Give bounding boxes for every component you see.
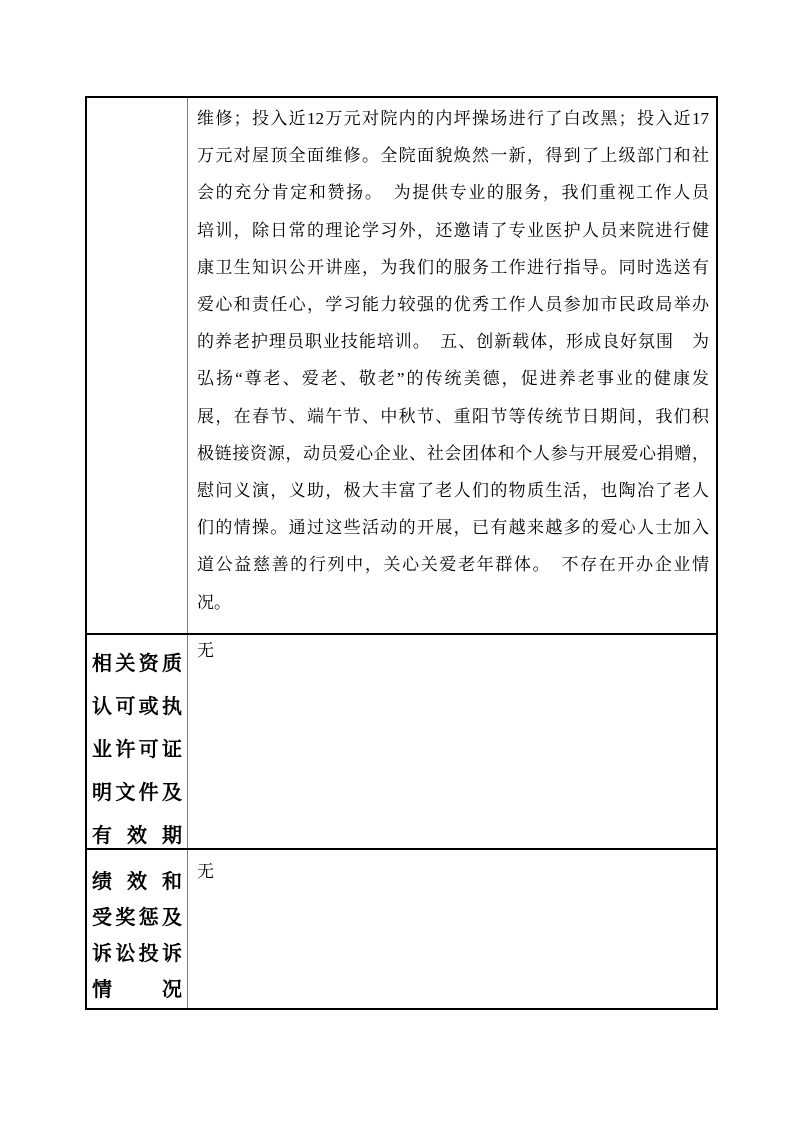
- header-line: 认可或执: [92, 686, 182, 729]
- row3-content-cell: 无: [188, 850, 716, 1008]
- body-line: 万元对屋顶全面维修。全院面貌焕然一新，得到了上级部门和社: [197, 137, 709, 174]
- row3-header-cell: 绩效和 受奖惩及 诉讼投诉 情况: [87, 850, 188, 1008]
- body-line: 培训，除日常的理论学习外，还邀请了专业医护人员来院进行健: [197, 212, 709, 249]
- row2-content-cell: 无: [188, 635, 716, 848]
- header-line: 情况: [92, 972, 182, 1008]
- body-line: 康卫生知识公开讲座，为我们的服务工作进行指导。同时选送有: [197, 249, 709, 286]
- report-table: 维修；投入近12万元对院内的内坪操场进行了白改黑；投入近17 万元对屋顶全面维修…: [85, 96, 718, 1010]
- body-line: 爱心和责任心，学习能力较强的优秀工作人员参加市民政局举办: [197, 286, 709, 323]
- row2-header-cell: 相关资质 认可或执 业许可证 明文件及 有效期: [87, 635, 188, 848]
- header-line: 明文件及: [92, 772, 182, 815]
- body-line: 展，在春节、端午节、中秋节、重阳节等传统节日期间，我们积: [197, 398, 709, 435]
- body-line: 维修；投入近12万元对院内的内坪操场进行了白改黑；投入近17: [197, 100, 709, 137]
- header-line: 相关资质: [92, 643, 182, 686]
- row1-header-cell-empty: [87, 98, 188, 633]
- table-row-performance: 绩效和 受奖惩及 诉讼投诉 情况 无: [87, 848, 716, 1008]
- row2-value: 无: [188, 635, 716, 662]
- header-line: 绩效和: [92, 864, 182, 900]
- header-line: 诉讼投诉: [92, 936, 182, 972]
- document-page: { "document": { "background": "#ffffff",…: [0, 0, 794, 1122]
- body-line: 道公益慈善的行列中，关心关爱老年群体。 不存在开办企业情: [197, 546, 709, 583]
- row3-value: 无: [188, 850, 716, 883]
- body-line: 慰问义演，义助，极大丰富了老人们的物质生活，也陶冶了老人: [197, 472, 709, 509]
- body-line: 的养老护理员职业技能培训。 五、创新载体，形成良好氛围 为: [197, 323, 709, 360]
- body-line: 会的充分肯定和赞扬。 为提供专业的服务，我们重视工作人员: [197, 174, 709, 211]
- table-row-continuation: 维修；投入近12万元对院内的内坪操场进行了白改黑；投入近17 万元对屋顶全面维修…: [87, 98, 716, 633]
- body-line: 们的情操。通过这些活动的开展，已有越来越多的爱心人士加入: [197, 509, 709, 546]
- table-row-qualifications: 相关资质 认可或执 业许可证 明文件及 有效期 无: [87, 633, 716, 848]
- body-line: 况。: [197, 584, 709, 621]
- row1-content-cell: 维修；投入近12万元对院内的内坪操场进行了白改黑；投入近17 万元对屋顶全面维修…: [188, 98, 716, 633]
- header-line: 受奖惩及: [92, 900, 182, 936]
- body-line: 弘扬“尊老、爱老、敬老”的传统美德，促进养老事业的健康发: [197, 360, 709, 397]
- body-line: 极链接资源，动员爱心企业、社会团体和个人参与开展爱心捐赠，: [197, 435, 709, 472]
- header-line: 业许可证: [92, 729, 182, 772]
